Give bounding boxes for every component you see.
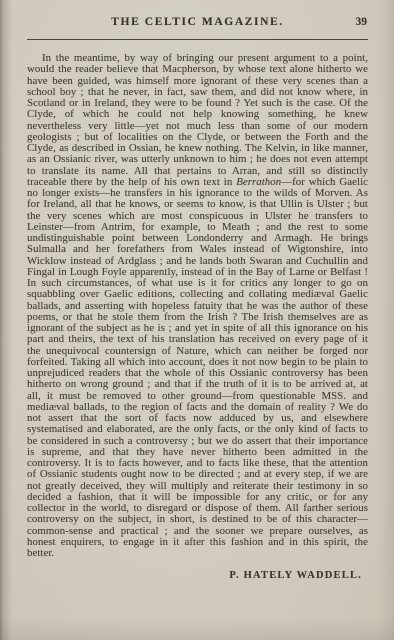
text-segment: —for which Gaelic no longer exists—he tr…	[27, 176, 368, 559]
signature-author: P. HATELY WADDELL.	[27, 570, 368, 581]
italic-term: Berrathon	[236, 176, 281, 188]
header-rule-divider	[27, 39, 368, 40]
scanned-magazine-page: THE CELTIC MAGAZINE. 39 In the meantime,…	[0, 0, 394, 640]
magazine-title: THE CELTIC MAGAZINE.	[27, 16, 368, 28]
text-segment: In the meantime, by way of bringing our …	[27, 52, 368, 188]
page-content: THE CELTIC MAGAZINE. 39 In the meantime,…	[27, 16, 368, 581]
page-header: THE CELTIC MAGAZINE. 39	[27, 16, 368, 32]
body-paragraph: In the meantime, by way of bringing our …	[27, 53, 368, 559]
page-number: 39	[356, 16, 368, 28]
